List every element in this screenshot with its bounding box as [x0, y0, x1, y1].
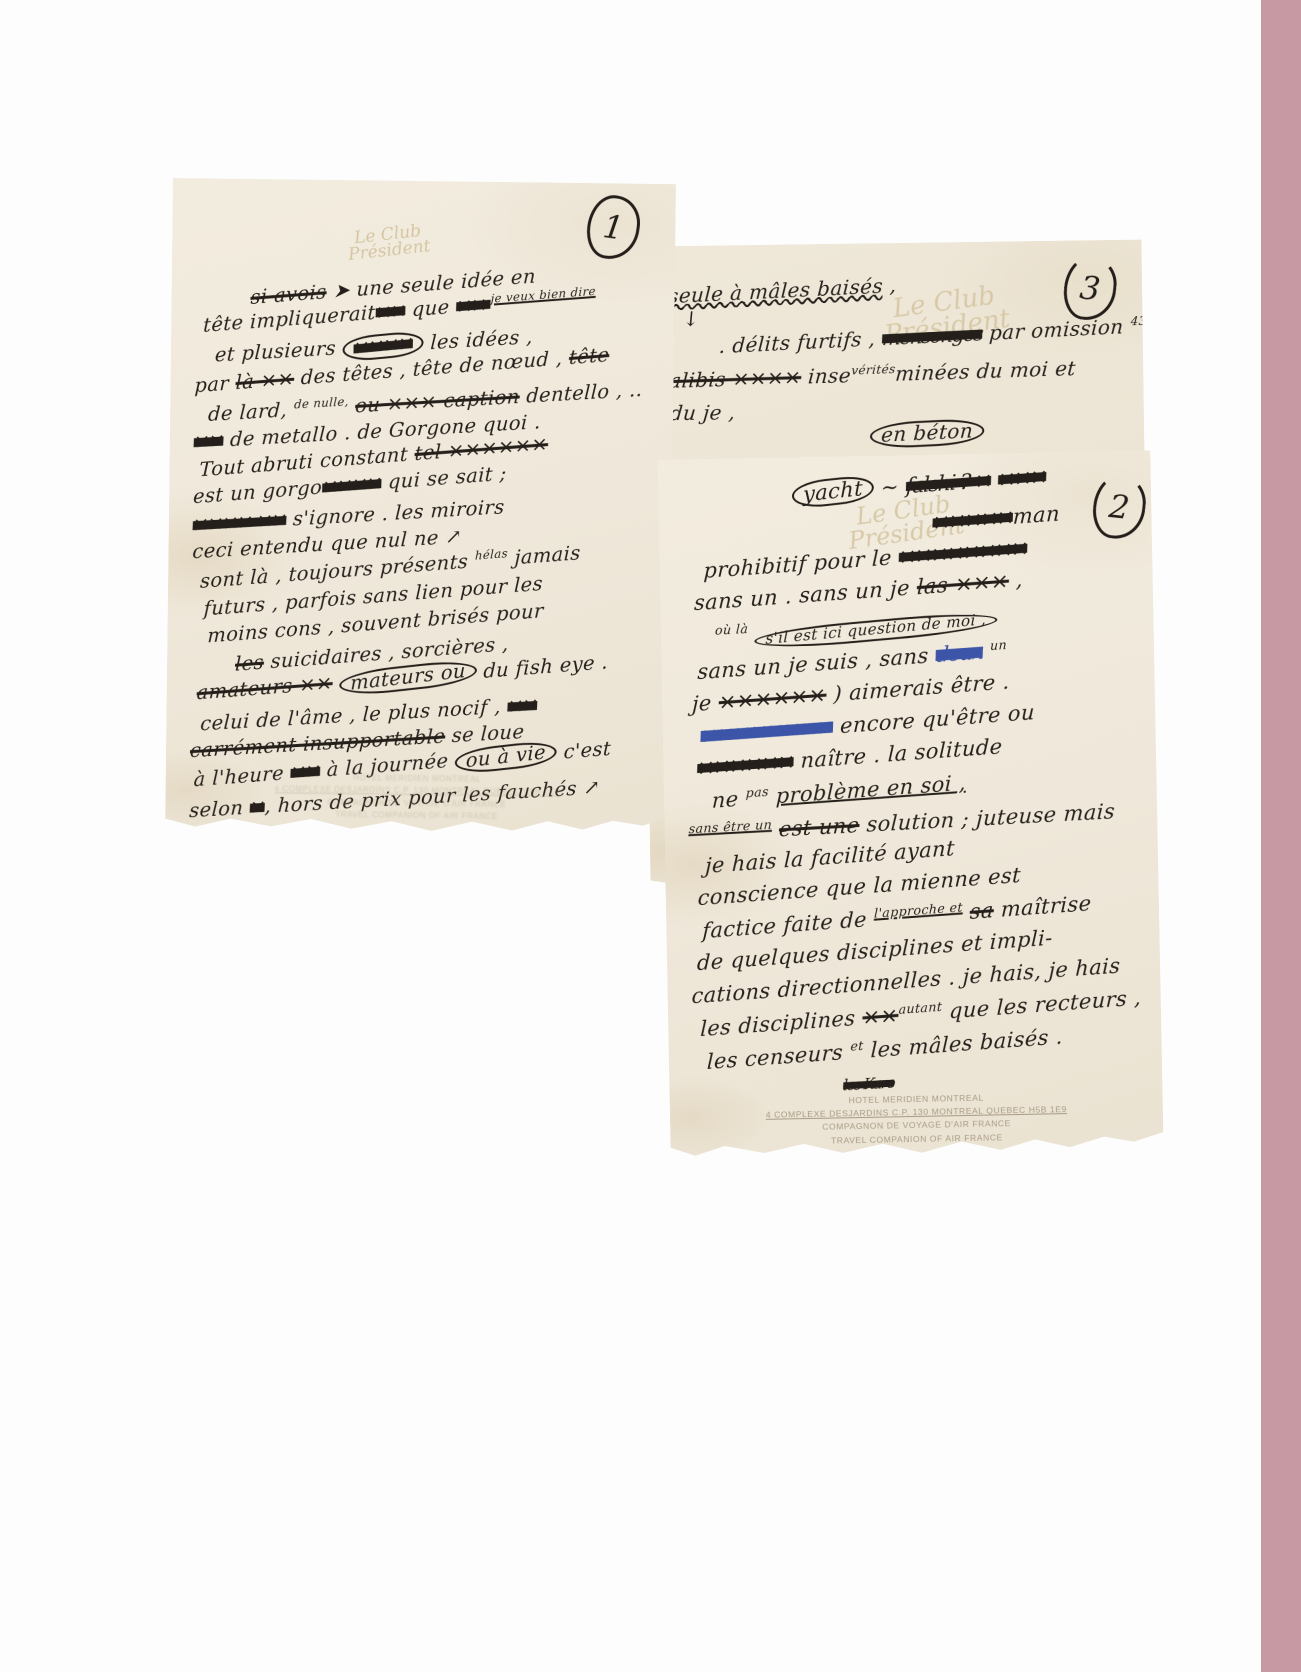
obliterated-text: ××××	[322, 471, 382, 499]
handwritten-text: un	[990, 637, 1007, 653]
handwritten-text: factice faite de	[702, 907, 874, 943]
letterhead-line-1: Le Club	[346, 222, 430, 247]
handwritten-text: alibis ××××	[669, 364, 803, 392]
handwritten-text: . délits furtifs ,	[718, 326, 883, 358]
photo-canvas: Le Club Président 3 seule à mâles baisés…	[0, 0, 1301, 1672]
handwritten-text: man	[1012, 501, 1060, 528]
letterhead-line-2: Président	[347, 238, 431, 263]
handwritten-text: de lard,	[208, 398, 295, 426]
handwritten-text: minées du moi et	[894, 356, 1076, 386]
obliterated-text: ×××××	[932, 505, 1013, 535]
handwritten-text: ,	[1009, 568, 1024, 593]
pink-stripe	[1261, 0, 1301, 1672]
handwritten-text: deux	[935, 640, 983, 667]
handwritten-text: que les recteurs ,	[942, 985, 1142, 1023]
handwritten-text: seule à mâles baisés	[668, 274, 884, 309]
obliterated-text: ××	[611, 824, 642, 836]
handwritten-text: du je ,	[669, 401, 737, 426]
handwritten-text: en béton	[869, 418, 985, 450]
handwritten-text: ××××××	[718, 683, 827, 715]
handwritten-text: ~	[874, 474, 907, 500]
handwritten-text: pas	[746, 784, 770, 801]
handwriting-block: seule à mâles baisés ,↓. délits furtifs …	[668, 268, 1140, 451]
obliterated-text: ××	[193, 429, 224, 454]
handwritten-text: les disciplines	[700, 1005, 863, 1041]
handwritten-text: tête impliquerait	[203, 301, 376, 337]
obliterated-text: ××××××××	[898, 536, 1027, 569]
obliterated-text: ×××× ××	[192, 508, 287, 536]
obliterated-text: ××	[456, 293, 491, 319]
handwriting-block: si avois ➤ une seule idée entête impliqu…	[189, 280, 671, 835]
handwritten-text	[332, 671, 339, 695]
manuscript-line: en béton	[869, 418, 1141, 448]
handwritten-text: encore qu'être ou	[833, 700, 1036, 739]
handwritten-text: ××	[862, 1002, 899, 1029]
handwritten-text: prohibitif pour le	[703, 545, 899, 583]
obliterated-text: ××	[375, 299, 405, 324]
manuscript-page-1: Le Club Président 1 si avois ➤ une seule…	[165, 178, 676, 835]
handwritten-text: hélas	[475, 546, 508, 563]
handwritten-text: ××××××××	[700, 715, 833, 749]
handwritten-text: là ××	[235, 367, 294, 395]
handwritten-text: ↓	[681, 307, 700, 331]
handwritten-text: jamais	[508, 541, 582, 570]
manuscript-line: fortunés ××	[518, 824, 664, 835]
manuscript-line: alibis ×××× insevéritésminées du moi et	[669, 355, 1140, 391]
handwritten-text: sans être un	[688, 817, 772, 837]
footer-print: HOTEL MERIDIEN MONTREAL 4 COMPLEXE DESJA…	[165, 770, 669, 826]
handwritten-text: yacht	[792, 474, 874, 510]
handwritten-text: autant	[898, 998, 942, 1016]
handwritten-text: inse	[800, 363, 851, 389]
obliterated-text: ××	[507, 692, 538, 717]
handwriting-block: yacht ~ falshi ? × ××××××××manprohibitif…	[682, 464, 1161, 1097]
handwritten-text: las ×××	[916, 569, 1009, 600]
handwritten-text: tête	[569, 343, 610, 369]
handwritten-text: amateurs ××	[196, 671, 333, 704]
handwritten-text: et plusieurs	[214, 336, 343, 366]
handwritten-text: par	[194, 371, 236, 397]
handwritten-text: est un gorgo	[193, 476, 323, 509]
handwritten-text: les mâles baisés .	[863, 1024, 1063, 1062]
handwritten-text: ,	[882, 273, 897, 298]
handwritten-text: de nulle,	[294, 395, 349, 412]
handwritten-text: naître . la solitude	[793, 734, 1003, 773]
handwritten-text: et	[850, 1037, 864, 1053]
obliterated-text: ×××	[998, 464, 1047, 492]
handwritten-text: les censeurs	[706, 1039, 850, 1073]
handwritten-text: est une	[778, 813, 860, 841]
handwritten-text: sa	[969, 899, 994, 925]
page-number-badge: 1	[583, 192, 643, 262]
manuscript-line: ×××××man	[932, 496, 1149, 534]
handwritten-text: que	[405, 295, 457, 322]
obliterated-text: les Karo	[843, 1073, 895, 1094]
handwritten-text: les	[235, 650, 265, 675]
footer-print: HOTEL MERIDIEN MONTREAL 4 COMPLEXE DESJA…	[670, 1088, 1164, 1150]
handwritten-text: maîtrise	[993, 892, 1091, 923]
handwritten-text: qui se sait ;	[381, 462, 507, 495]
manuscript-line: seule à mâles baisés ,	[668, 263, 1139, 307]
handwritten-text: ) aimerais être .	[826, 669, 1010, 706]
obliterated-text: mensonges	[881, 321, 983, 350]
obliterated-text: falshi ? ×	[906, 468, 992, 498]
handwritten-text: où là	[715, 621, 749, 638]
handwritten-text: c'est	[557, 737, 612, 764]
handwritten-text: ne	[711, 787, 746, 814]
handwritten-text: dentello , ..	[519, 378, 643, 408]
handwritten-text: je	[692, 690, 720, 716]
handwritten-text: l'approche et	[874, 900, 963, 921]
handwritten-text: problème en soi ,	[775, 771, 966, 809]
handwritten-text: 433	[1130, 313, 1150, 328]
handwritten-text: vérités	[851, 362, 896, 377]
manuscript-page-2: Le Club Président 2 yacht ~ falshi ? × ×…	[657, 450, 1163, 1159]
obliterated-text: ××××××	[697, 749, 794, 780]
letterhead-script: Le Club Président	[346, 222, 432, 263]
handwritten-text: fortunés	[518, 825, 612, 835]
page-number: 1	[601, 207, 626, 247]
